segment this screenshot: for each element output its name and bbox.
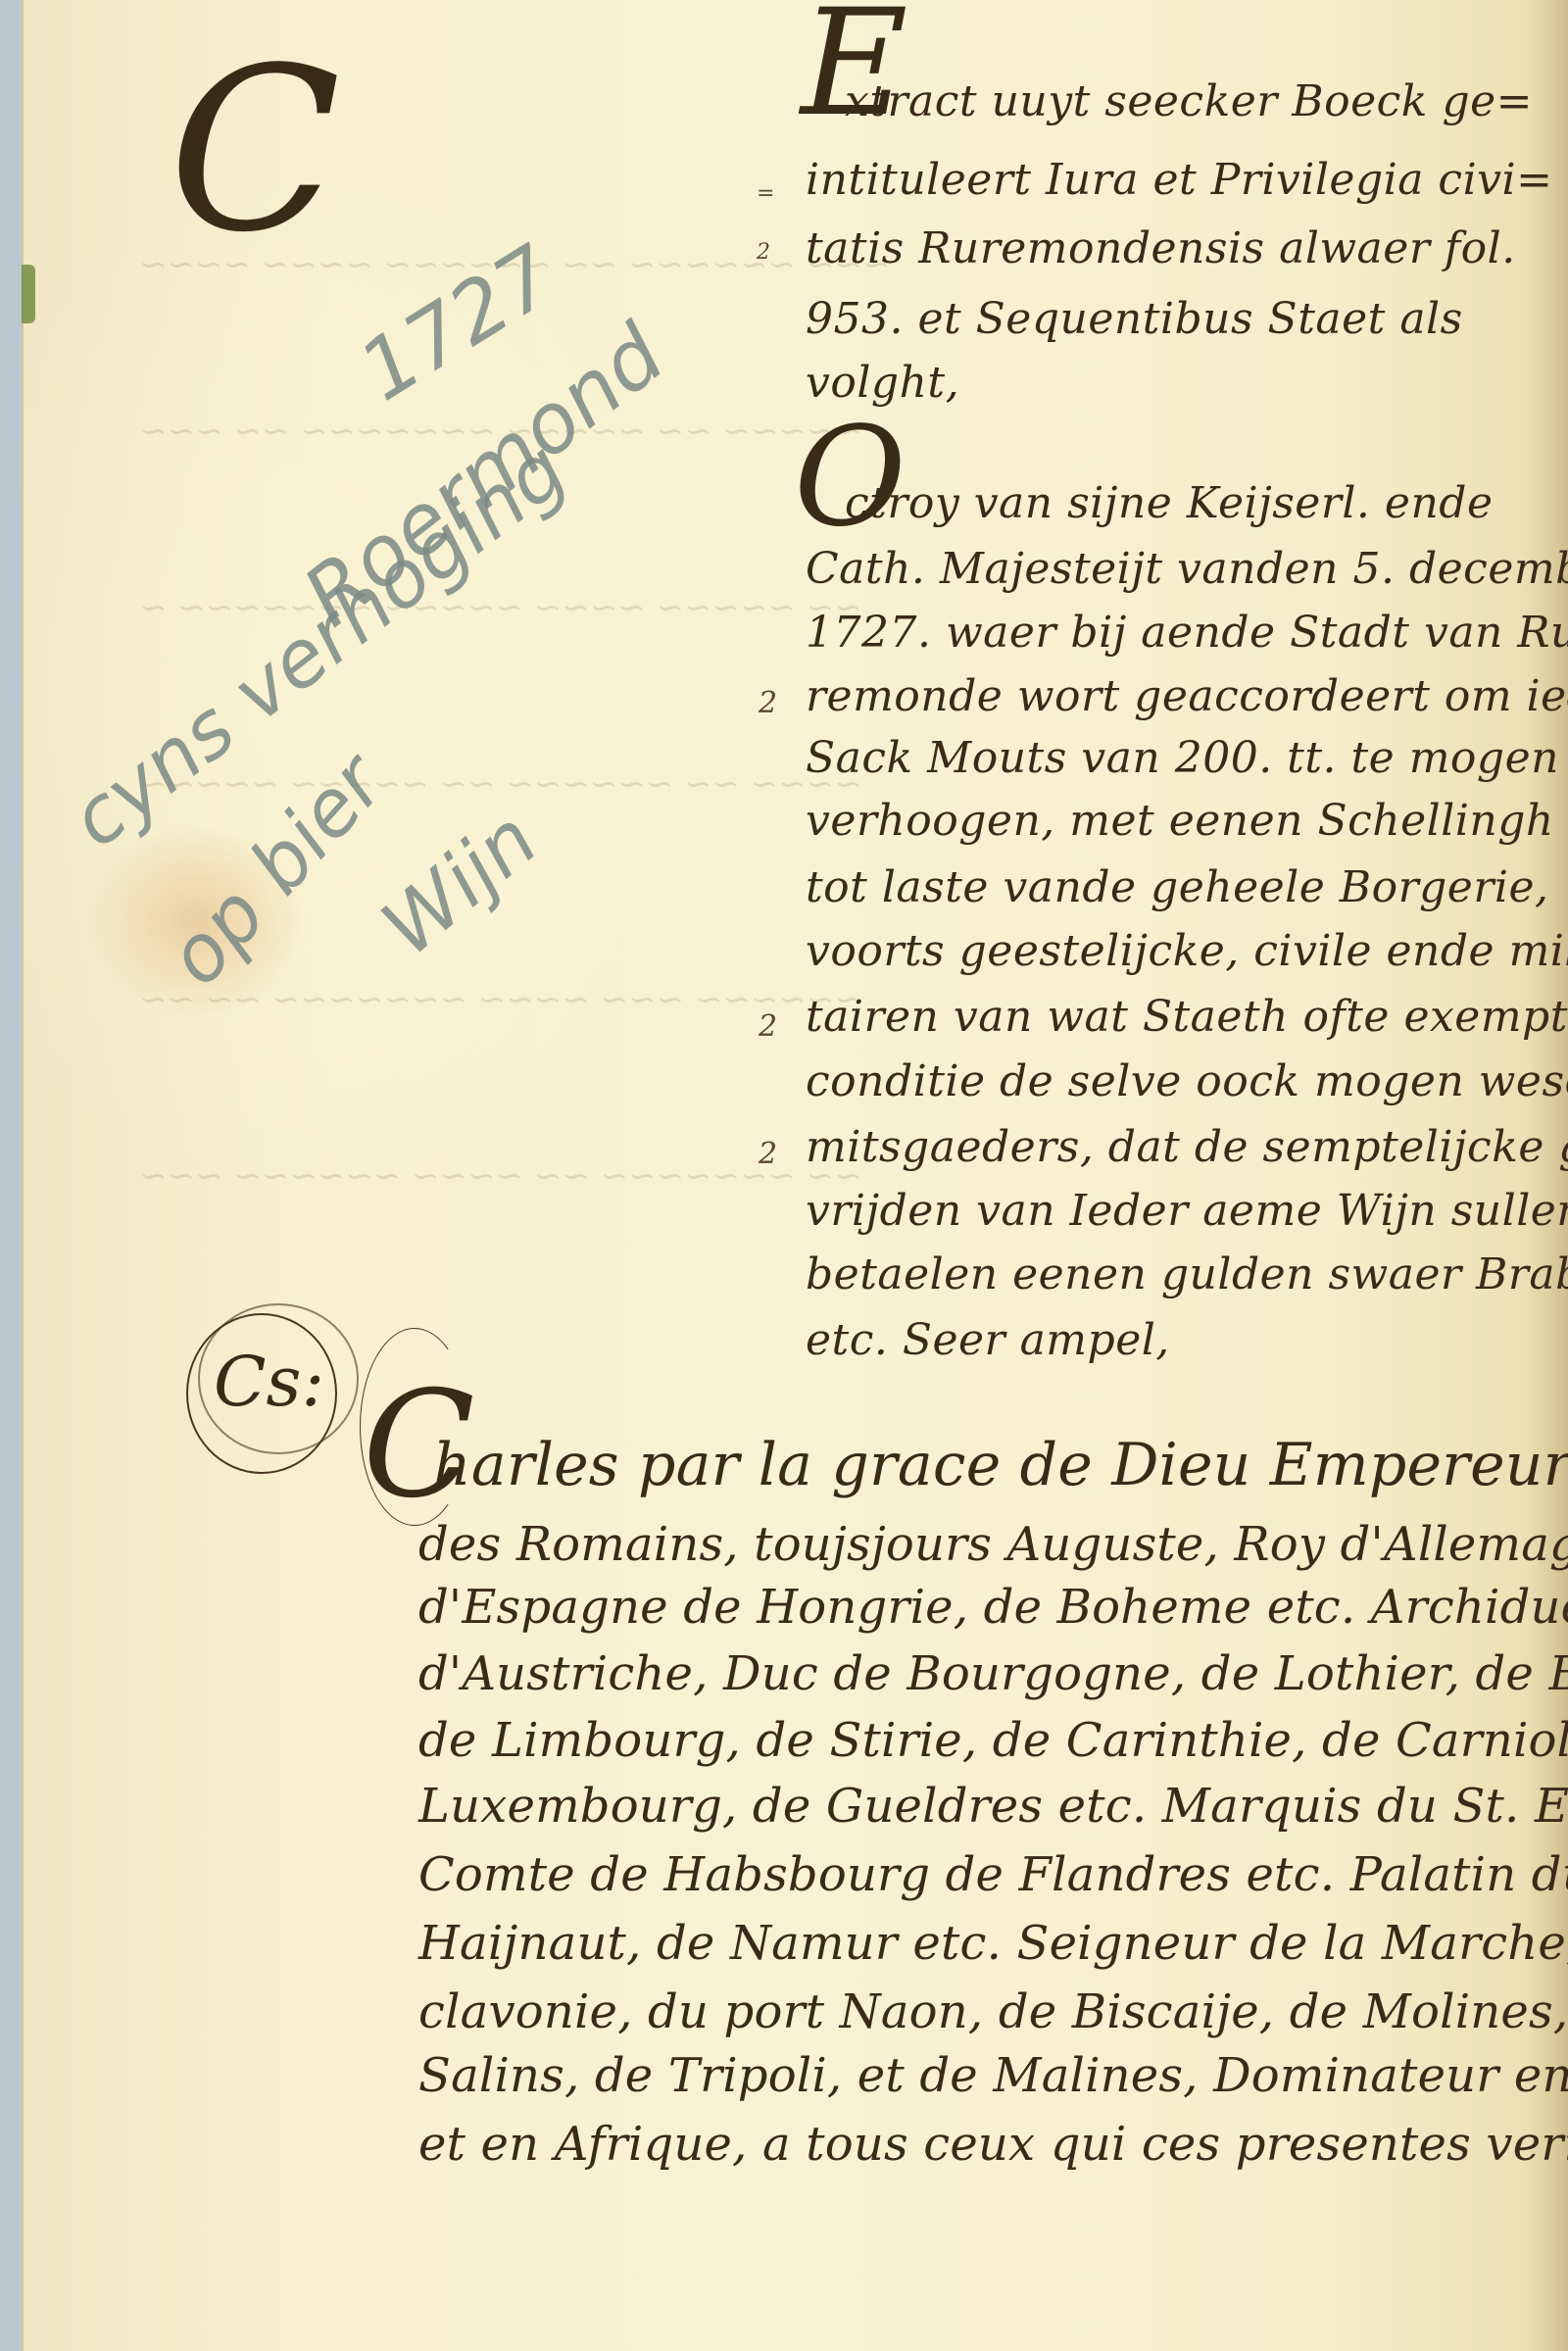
edge-stain xyxy=(22,265,35,323)
octroy-line: verhoogen, met eenen Schellingh xyxy=(806,796,1554,846)
octroy-line: etc. Seer ampel, xyxy=(806,1315,1170,1365)
octroy-line: voorts geestelijcke, civile ende mili= xyxy=(806,926,1568,976)
charter-line: clavonie, du port Naon, de Biscaije, de … xyxy=(418,1984,1568,2039)
charter-line: de Limbourg, de Stirie, de Carinthie, de… xyxy=(418,1713,1568,1768)
cs-margin-initial: Cs: xyxy=(214,1347,324,1416)
octroy-line: tairen van wat Staeth ofte exemptie xyxy=(806,992,1568,1042)
charter-line: Salins, de Tripoli, et de Malines, Domin… xyxy=(418,2048,1568,2103)
octroy-line: conditie de selve oock mogen wesen, xyxy=(806,1056,1568,1106)
margin-hyphen-mark: 2 xyxy=(757,240,770,265)
octroy-line: Sack Mouts van 200. tt. te mogen xyxy=(806,733,1559,783)
margin-hyphen-mark: = xyxy=(757,181,774,206)
charter-line: d'Espagne de Hongrie, de Boheme etc. Arc… xyxy=(418,1580,1568,1635)
charter-line: Comte de Habsbourg de Flandres etc. Pala… xyxy=(418,1847,1568,1902)
charter-line: harles par la grace de Dieu Empereur xyxy=(433,1431,1568,1499)
page-letter-initial: C xyxy=(169,39,341,265)
charter-line: des Romains, toujsjours Auguste, Roy d'A… xyxy=(418,1517,1568,1572)
octroy-line: tot laste vande geheele Borgerie, xyxy=(806,862,1548,912)
bleed-through-text: ~~ ~~~~~~~ ~~ ~~~~ ~~~~~~ ~~~ xyxy=(139,1156,862,1196)
extract-line: xtract uuyt seecker Boeck ge= xyxy=(845,76,1533,126)
manuscript-page: ~~~ ~~~~~~ ~~ ~~~~~~ ~~~~ ~~~~ ~~~~~ ~~ … xyxy=(22,0,1568,2351)
charter-line: d'Austriche, Duc de Bourgogne, de Lothie… xyxy=(418,1646,1568,1701)
charter-line: et en Afrique, a tous ceux qui ces prese… xyxy=(418,2117,1568,2172)
margin-hyphen-mark: 2 xyxy=(759,1137,777,1171)
margin-hyphen-mark: 2 xyxy=(759,686,777,720)
octroy-line: remonde wort geaccordeert om ieder xyxy=(806,671,1568,721)
octroy-line: betaelen eenen gulden swaer Brabants xyxy=(806,1249,1568,1299)
extract-line: 953. et Sequentibus Staet als xyxy=(806,294,1463,344)
margin-hyphen-mark: 2 xyxy=(759,1009,777,1044)
bleed-through-text: ~~ ~~~~~ ~~~~ ~~~~~ ~~~~~~~ ~ xyxy=(139,588,862,627)
charter-line: Luxembourg, de Gueldres etc. Marquis du … xyxy=(418,1779,1568,1834)
charter-line: Haijnaut, de Namur etc. Seigneur de la M… xyxy=(418,1916,1568,1971)
octroy-line: mitsgaeders, dat de semptelijcke ge= xyxy=(806,1122,1568,1172)
octroy-line: ctroy van sijne Keijserl. ende xyxy=(845,478,1494,528)
bleed-through-text: ~~~~~~ ~~~ ~~~~ ~~~~~~~ ~~ ~~ xyxy=(139,980,862,1019)
extract-line: intituleert Iura et Privilegia civi= xyxy=(806,155,1552,205)
octroy-line: vrijden van Ieder aeme Wijn sullen xyxy=(806,1186,1568,1236)
bleed-through-text: ~~~~ ~~ ~~~~~~ ~~ ~~~~~ ~~~~~ xyxy=(139,764,862,804)
octroy-line: Cath. Majesteijt vanden 5. december xyxy=(806,544,1568,594)
extract-line: tatis Ruremondensis alwaer fol. xyxy=(806,223,1516,273)
pencil-note-line3: Wijn xyxy=(365,794,554,973)
octroy-line: 1727. waer bij aende Stadt van Ru= xyxy=(806,608,1568,658)
